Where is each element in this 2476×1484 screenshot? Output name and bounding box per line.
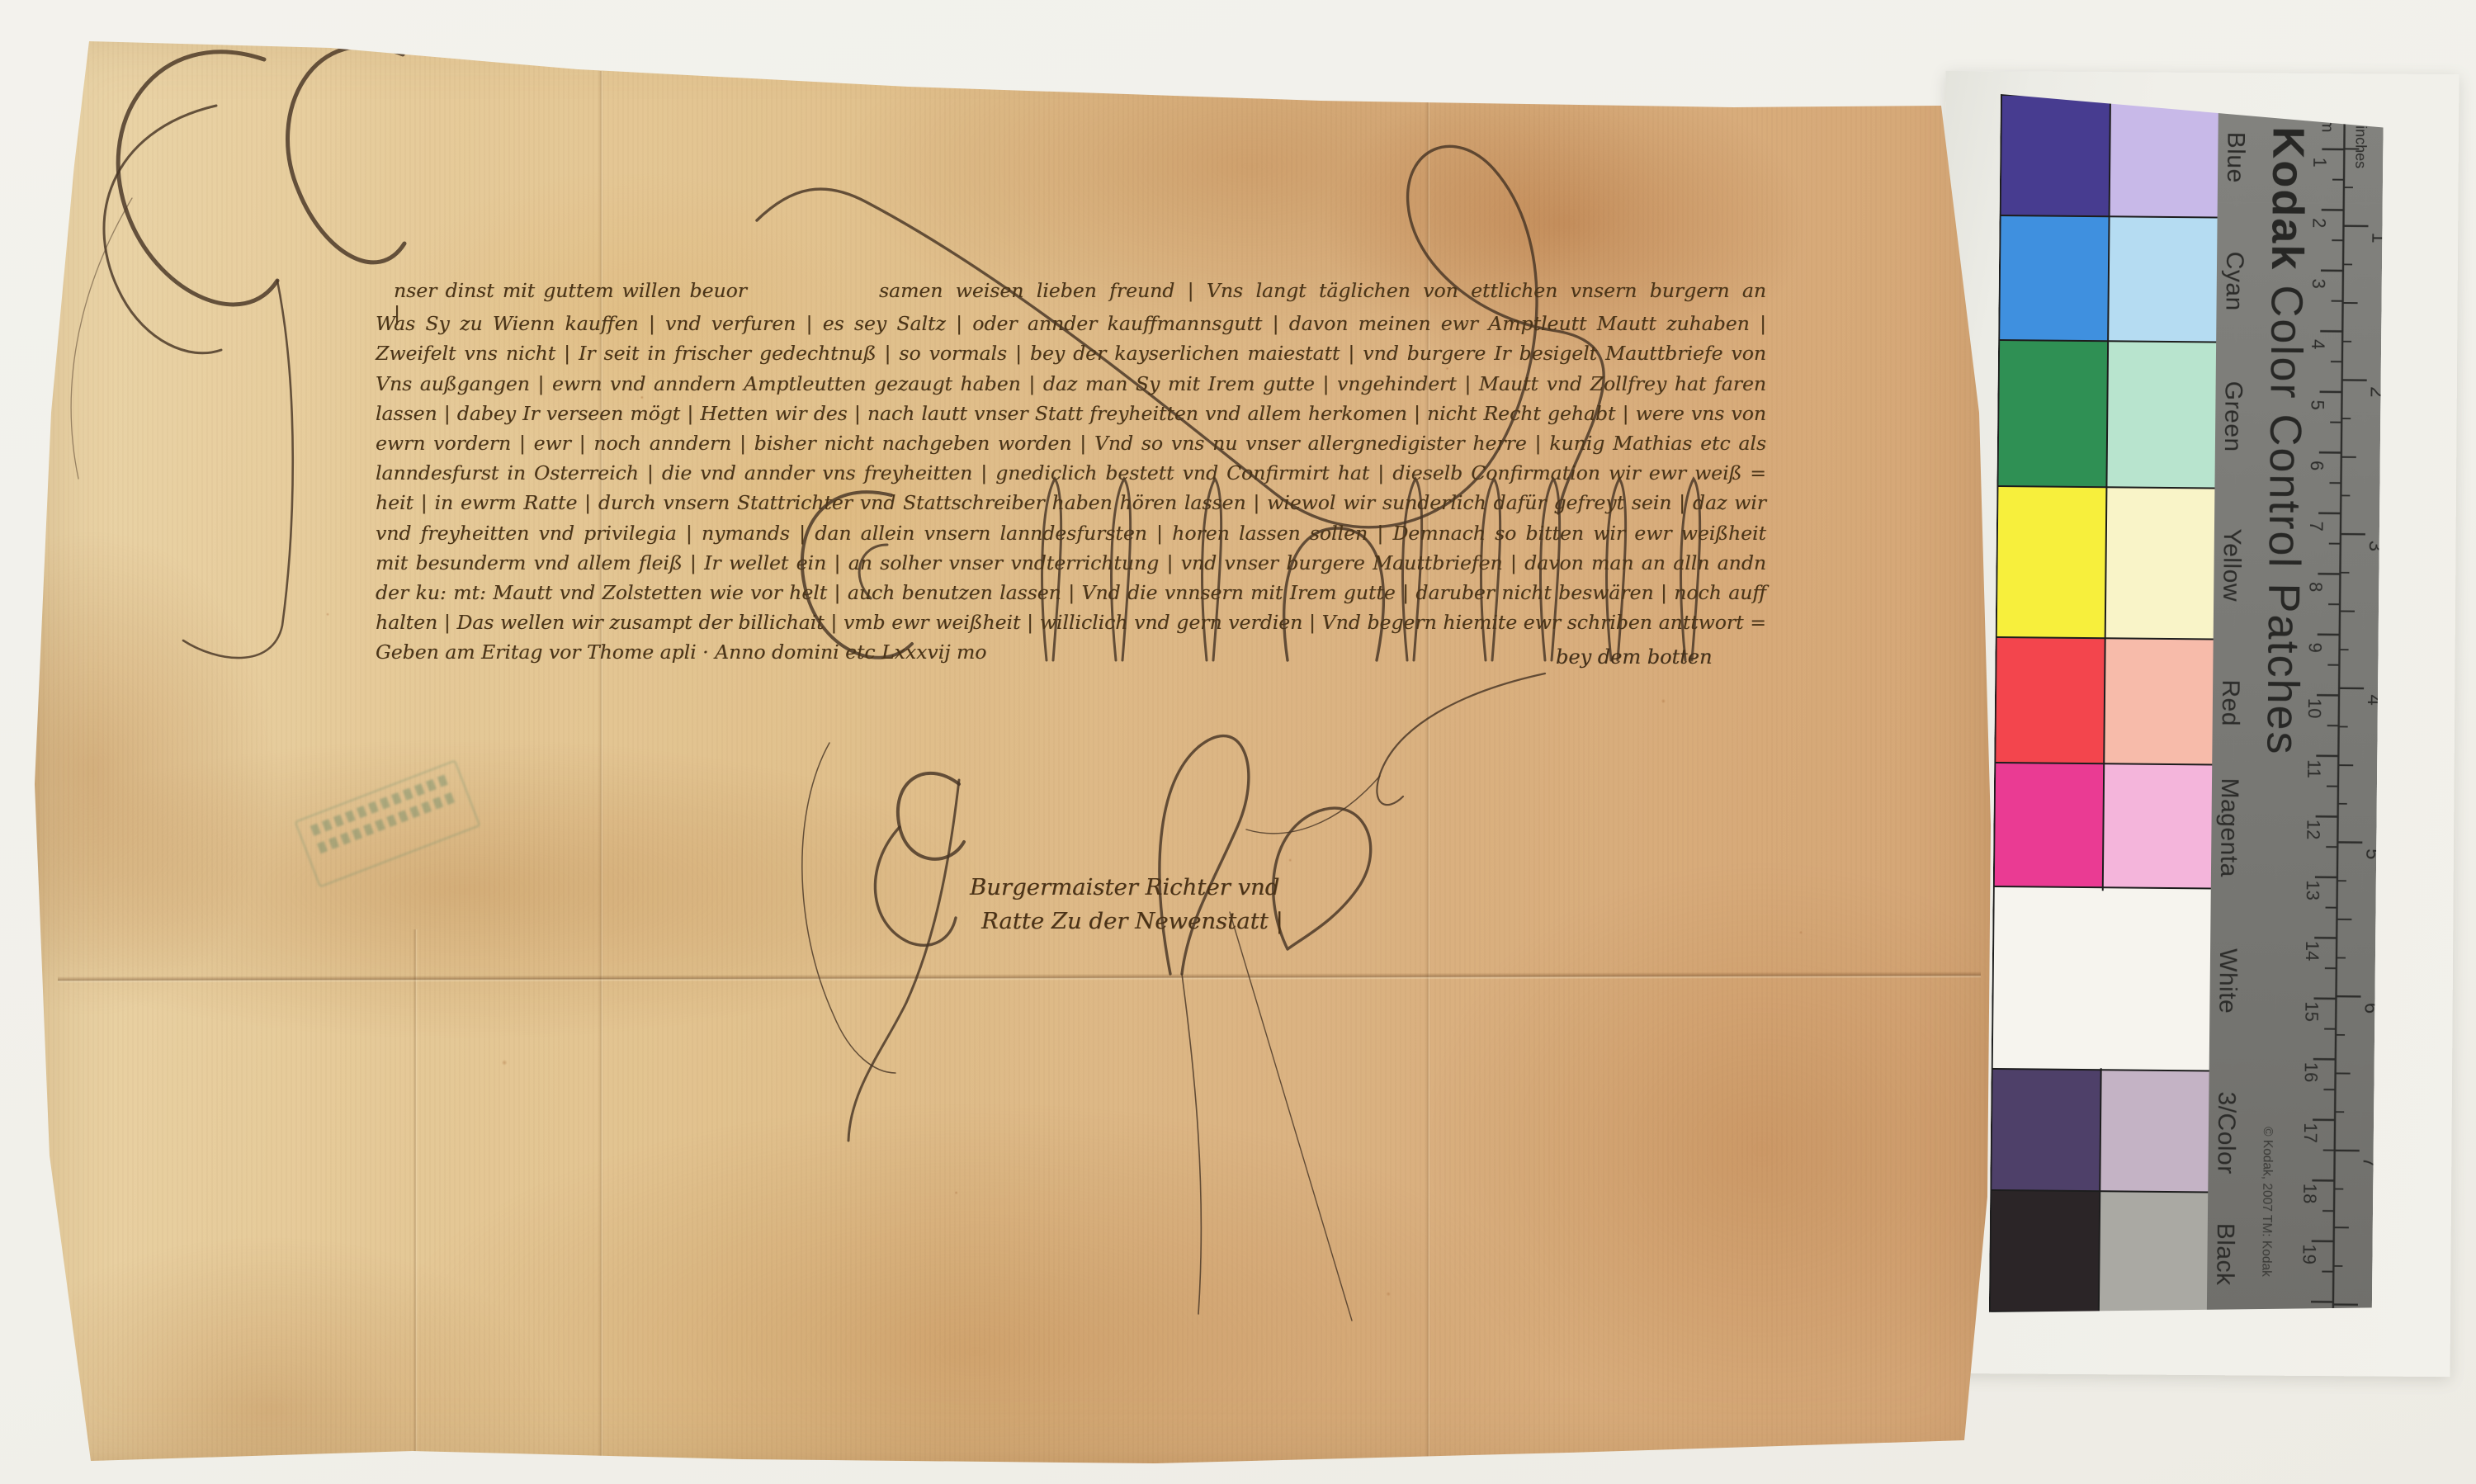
color-patch-cyan xyxy=(2109,217,2217,343)
svg-text:9: 9 xyxy=(2305,642,2326,652)
color-patch-magenta xyxy=(2104,764,2212,889)
color-patch-3color xyxy=(1992,1070,2100,1192)
manuscript-line: vnd freyheitten vnd privilegia | nymands… xyxy=(376,518,1766,548)
signature-block: Burgermaister Richter vnd Ratte Zu der N… xyxy=(970,871,1283,938)
manuscript-line: Zweifelt vns nicht | Ir seit in frischer… xyxy=(376,338,1766,368)
manuscript-opening-line: nser dinst mit guttem willen beuor | sam… xyxy=(376,279,1766,309)
svg-text:15: 15 xyxy=(2301,1001,2322,1022)
manuscript-line: Vns außgangen | ewrn vnd anndern Amptleu… xyxy=(376,369,1766,399)
white-patch-merged xyxy=(1996,890,2209,1069)
color-patch-red xyxy=(1996,638,2104,764)
parchment-edge-shading xyxy=(33,21,1997,1467)
svg-text:19: 19 xyxy=(2299,1244,2319,1264)
svg-text:1: 1 xyxy=(2367,232,2384,243)
color-patch-magenta xyxy=(1995,763,2103,888)
patch-column-strong xyxy=(1991,94,2110,1313)
horizontal-fold xyxy=(58,971,1981,983)
manuscript-line: mit besunderm vnd allem fleiß | Ir welle… xyxy=(376,548,1766,578)
svg-text:13: 13 xyxy=(2303,880,2323,900)
scanned-archive-page: { "page": {"background_color": "#f1f0ea"… xyxy=(0,0,2476,1484)
svg-text:14: 14 xyxy=(2302,941,2322,962)
signature-line-1: Burgermaister Richter vnd xyxy=(970,871,1283,905)
color-patch-green xyxy=(2107,342,2216,489)
manuscript-line: ewrn vordern | ewr | noch anndern | bish… xyxy=(376,428,1766,458)
signature-flourish xyxy=(848,780,959,1141)
opening-left-segment: nser dinst mit guttem willen beuor | xyxy=(394,279,747,325)
patch-column-tint xyxy=(2098,95,2218,1314)
svg-text:12: 12 xyxy=(2303,820,2323,840)
svg-text:17: 17 xyxy=(2300,1122,2321,1143)
foxing-speckles xyxy=(33,21,1997,1467)
color-patch-black xyxy=(2100,1192,2208,1314)
svg-text:4: 4 xyxy=(2308,339,2328,349)
manuscript-body-lines: Was Sy zu Wienn kauffen | vnd verfuren |… xyxy=(376,309,1766,637)
opening-right-segment: samen weisen lieben freund | Vns langt t… xyxy=(879,279,1766,302)
calligraphic-flourishes xyxy=(33,21,1997,1467)
svg-text:18: 18 xyxy=(2299,1184,2320,1204)
kodak-color-control-strip: Kodak Color Control Patches BlueCyanGree… xyxy=(1989,94,2384,1316)
initial-flourish xyxy=(118,52,277,305)
color-patch-blue xyxy=(2001,94,2110,217)
manuscript-line: der ku: mt: Mautt vnd Zolstetten wie vor… xyxy=(376,578,1766,607)
manuscript-line: heit | in ewrm Ratte | durch vnsern Stat… xyxy=(376,488,1766,518)
color-patch-3color xyxy=(2100,1070,2209,1193)
manuscript-line: lanndesfurst in Osterreich | die vnd ann… xyxy=(376,458,1766,488)
color-patch-blue xyxy=(2110,95,2218,218)
color-patches xyxy=(1989,94,2218,1314)
color-patch-cyan xyxy=(2000,216,2108,342)
svg-text:3: 3 xyxy=(2308,278,2329,288)
svg-text:8: 8 xyxy=(2305,582,2326,592)
parchment-document: nser dinst mit guttem willen beuor | sam… xyxy=(33,21,1997,1467)
ruler-scale: 1234567891011121314151617181912345678 xyxy=(2207,97,2384,1316)
color-patch-black xyxy=(1991,1191,2099,1313)
manuscript-line: lassen | dabey Ir verseen mögt | Hetten … xyxy=(376,399,1766,428)
color-patch-yellow xyxy=(1997,487,2106,639)
manuscript-text-block: nser dinst mit guttem willen beuor | sam… xyxy=(376,279,1766,667)
svg-text:10: 10 xyxy=(2304,698,2325,719)
svg-text:6: 6 xyxy=(2307,461,2327,470)
vertical-fold-left xyxy=(413,929,418,1463)
svg-text:16: 16 xyxy=(2301,1062,2322,1083)
delivery-note: bey dem botten xyxy=(1556,645,1712,669)
manuscript-line: halten | Das wellen wir zusampt der bill… xyxy=(376,607,1766,637)
color-patch-yellow xyxy=(2106,488,2215,640)
svg-text:5: 5 xyxy=(2307,399,2327,409)
svg-text:7: 7 xyxy=(2306,521,2327,531)
color-patch-green xyxy=(1998,341,2107,488)
svg-text:1: 1 xyxy=(2309,157,2330,167)
color-patch-red xyxy=(2105,639,2213,765)
signature-line-2: Ratte Zu der Newenstatt | xyxy=(981,905,1283,938)
parchment-stains xyxy=(33,21,1997,1467)
svg-text:2: 2 xyxy=(2308,218,2329,228)
svg-text:11: 11 xyxy=(2304,759,2324,778)
parchment-ribbing-texture xyxy=(33,21,1997,1467)
archive-stamp xyxy=(295,759,481,887)
